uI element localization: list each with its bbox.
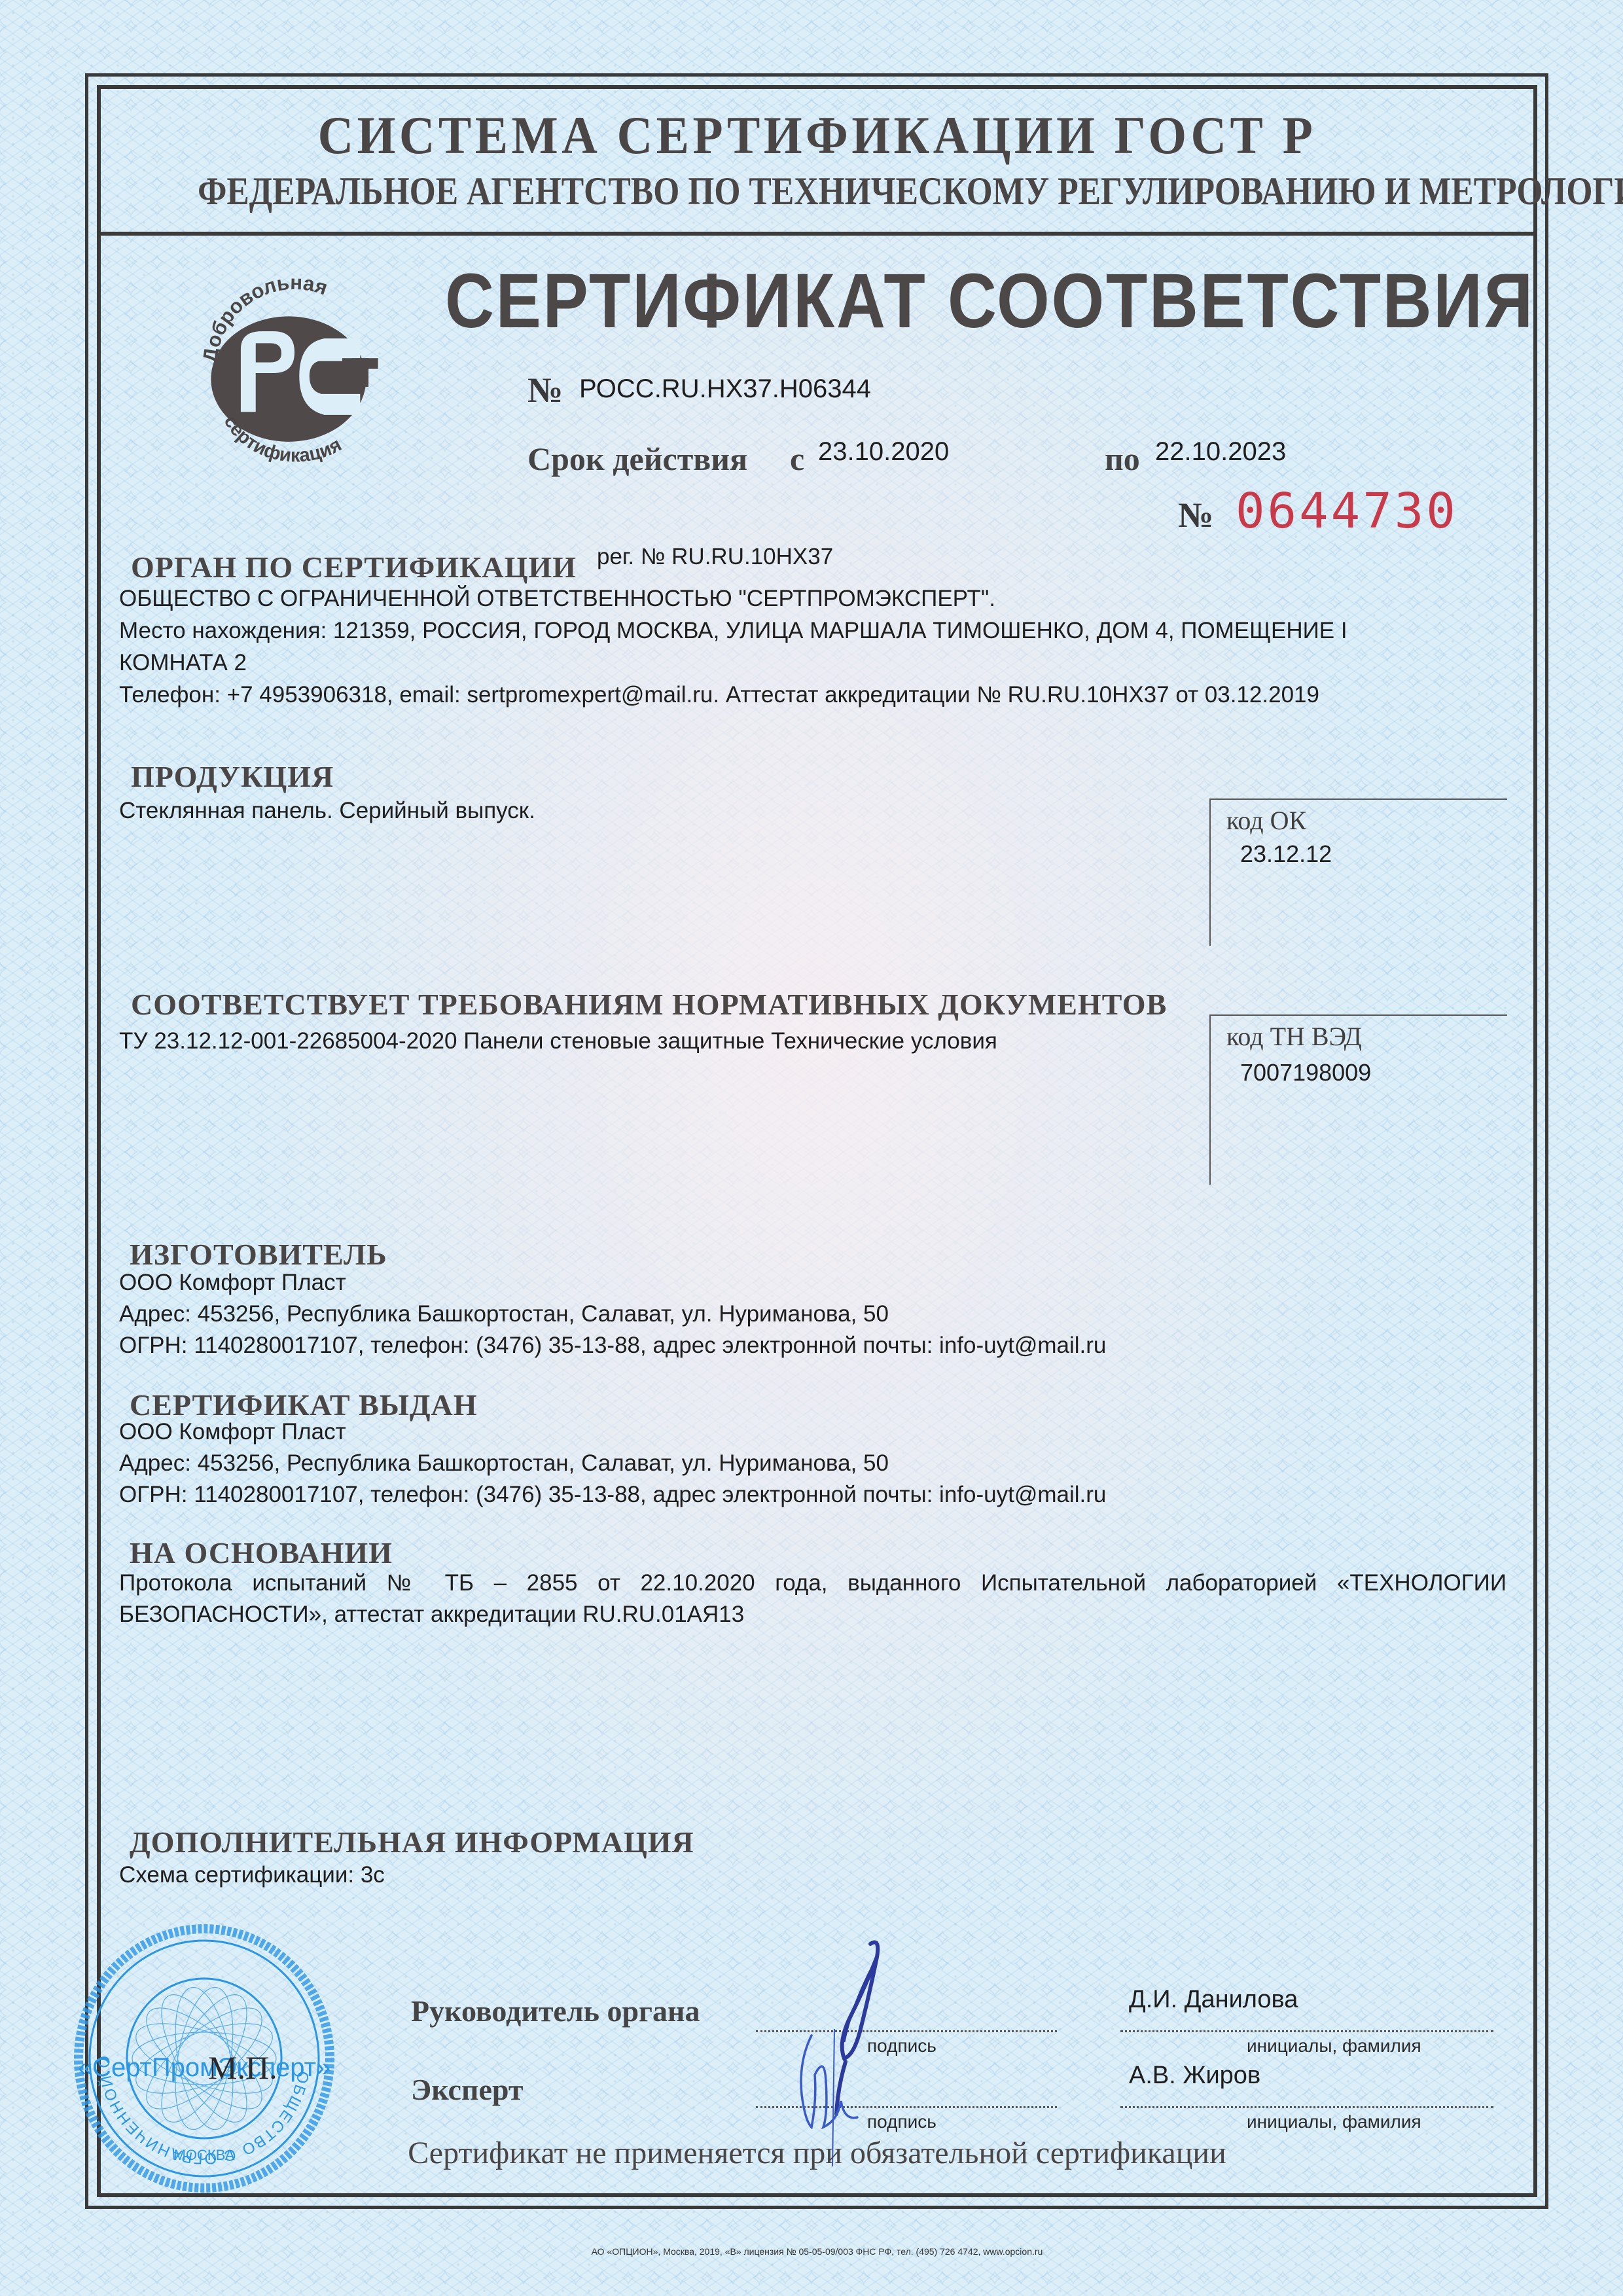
manufacturer-line: ОГРН: 1140280017107, телефон: (3476) 35-… (119, 1330, 1106, 1361)
manufacturer-line: ООО Комфорт Пласт (119, 1267, 1106, 1299)
number-sign: № (527, 370, 563, 410)
voluntary-certification-note: Сертификат не применяется при обязательн… (97, 2135, 1537, 2171)
valid-to-label: по (1105, 440, 1140, 478)
code-ok-value: 23.12.12 (1240, 840, 1332, 868)
system-title: СИСТЕМА СЕРТИФИКАЦИИ ГОСТ Р (154, 105, 1480, 166)
valid-from-label: с (790, 440, 804, 478)
code-ok-label: код ОК (1226, 805, 1306, 836)
section-title-additional-info: ДОПОЛНИТЕЛЬНАЯ ИНФОРМАЦИЯ (130, 1825, 694, 1859)
basis-details: Протокола испытаний № ТБ – 2855 от 22.10… (119, 1568, 1507, 1630)
cb-line: КОМНАТА 2 (119, 647, 1347, 679)
rst-logo-icon: Добровольная сертификация (193, 268, 396, 478)
validity-label: Срок действия (527, 440, 747, 478)
expert-name-line (1120, 2106, 1493, 2108)
section-title-product: ПРОДУКЦИЯ (131, 759, 334, 794)
blank-serial-number: 0644730 (1236, 483, 1458, 539)
head-name-caption: инициалы, фамилия (1247, 2036, 1421, 2056)
cb-line: ОБЩЕСТВО С ОГРАНИЧЕННОЙ ОТВЕТСТВЕННОСТЬЮ… (119, 583, 1347, 615)
issued-to-line: ОГРН: 1140280017107, телефон: (3476) 35-… (119, 1479, 1106, 1511)
seal-place-label: М.П. (208, 2049, 277, 2087)
expert-name-caption: инициалы, фамилия (1247, 2111, 1421, 2132)
blank-number-sign: № (1178, 495, 1213, 535)
code-tnved-value: 7007198009 (1240, 1059, 1371, 1086)
conformity-standard: ТУ 23.12.12-001-22685004-2020 Панели сте… (119, 1026, 997, 1056)
head-of-body-role: Руководитель органа (411, 1994, 700, 2028)
valid-to-date: 22.10.2023 (1155, 437, 1286, 467)
section-title-basis: НА ОСНОВАНИИ (130, 1535, 393, 1570)
code-tnved-box: код ТН ВЭД 7007198009 (1209, 1014, 1507, 1185)
manufacturer-details: ООО Комфорт Пласт Адрес: 453256, Республ… (119, 1267, 1106, 1361)
document-title: СЕРТИФИКАТ СООТВЕТСТВИЯ (445, 257, 1535, 346)
code-ok-box: код ОК 23.12.12 (1209, 798, 1507, 946)
printer-imprint: АО «ОПЦИОН», Москва, 2019, «В» лицензия … (97, 2246, 1537, 2257)
certification-body-reg: рег. № RU.RU.10НХ37 (597, 542, 833, 571)
section-title-conformity: СООТВЕТСТВУЕТ ТРЕБОВАНИЯМ НОРМАТИВНЫХ ДО… (131, 987, 1167, 1022)
svg-text:ОБЩЕСТВО С ОГРАНИЧЕННОЙ ОТВЕТС: ОБЩЕСТВО С ОГРАНИЧЕННОЙ ОТВЕТСТВЕННОСТЬЮ… (73, 1924, 312, 2167)
header-divider (97, 232, 1537, 236)
certificate-number: РОСС.RU.НХ37.Н06344 (579, 374, 871, 404)
issued-to-details: ООО Комфорт Пласт Адрес: 453256, Республ… (119, 1416, 1106, 1511)
basis-line: БЕЗОПАСНОСТИ», аттестат аккредитации RU.… (119, 1599, 1507, 1630)
cb-line: Телефон: +7 4953906318, email: sertprome… (119, 679, 1347, 711)
product-description: Стеклянная панель. Серийный выпуск. (119, 796, 535, 825)
stamp-ring-text: ОБЩЕСТВО С ОГРАНИЧЕННОЙ ОТВЕТСТВЕННОСТЬЮ… (73, 1924, 312, 2167)
issued-to-line: Адрес: 453256, Республика Башкортостан, … (119, 1448, 1106, 1479)
stamp-center-text: «СертПромЭксперт» (78, 2053, 330, 2082)
agency-title: ФЕДЕРАЛЬНОЕ АГЕНТСТВО ПО ТЕХНИЧЕСКОМУ РЕ… (198, 169, 1436, 214)
certification-scheme: Схема сертификации: 3с (119, 1860, 385, 1890)
basis-line: Протокола испытаний № ТБ – 2855 от 22.10… (119, 1568, 1507, 1599)
manufacturer-line: Адрес: 453256, Республика Башкортостан, … (119, 1299, 1106, 1330)
head-name: Д.И. Данилова (1129, 1986, 1298, 2014)
head-name-line (1120, 2030, 1493, 2032)
valid-from-date: 23.10.2020 (818, 437, 949, 467)
certification-body-details: ОБЩЕСТВО С ОГРАНИЧЕННОЙ ОТВЕТСТВЕННОСТЬЮ… (119, 583, 1347, 711)
expert-role: Эксперт (411, 2072, 523, 2107)
code-tnved-label: код ТН ВЭД (1226, 1021, 1362, 1052)
issued-to-line: ООО Комфорт Пласт (119, 1416, 1106, 1448)
expert-name: А.В. Жиров (1129, 2062, 1260, 2090)
cb-line: Место нахождения: 121359, РОССИЯ, ГОРОД … (119, 615, 1347, 647)
section-title-certification-body: ОРГАН ПО СЕРТИФИКАЦИИ (131, 550, 577, 584)
